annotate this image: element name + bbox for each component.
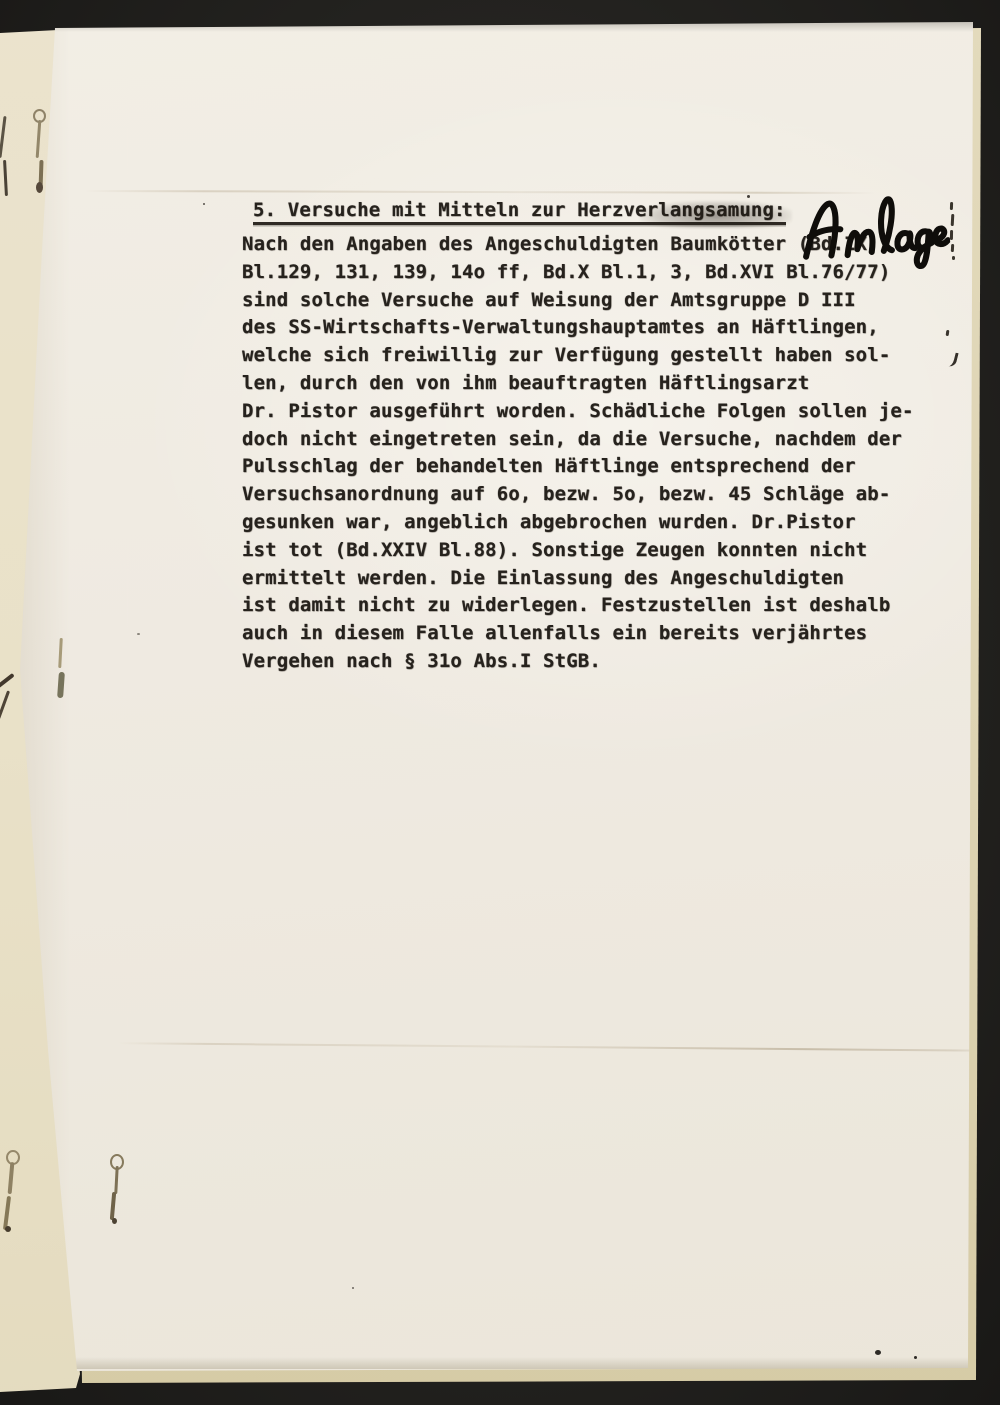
- typed-line: des SS-Wirtschafts-Verwaltungshauptamtes…: [242, 316, 932, 344]
- handwritten-annotation-text: Anlage: [0, 0, 1, 1]
- ink-speck: [352, 1287, 354, 1289]
- ink-speck: [137, 633, 140, 635]
- pencil-dash: [950, 202, 953, 210]
- typed-line: ermittelt werden. Die Einlassung des Ang…: [242, 567, 932, 595]
- typed-body: Nach den Angaben des Angeschuldigten Bau…: [242, 233, 932, 678]
- typed-line: auch in diesem Falle allenfalls ein bere…: [242, 622, 932, 650]
- typed-line: ist damit nicht zu widerlegen. Festzuste…: [242, 594, 932, 622]
- typed-line: Versuchsanordnung auf 6o, bezw. 5o, bezw…: [242, 483, 932, 511]
- ink-speck: [875, 1350, 881, 1355]
- photo-background: 5. Versuche mit Mitteln zur Herzverlangs…: [0, 0, 1000, 1405]
- pencil-dash: [951, 244, 954, 252]
- crease-line: [85, 190, 875, 194]
- typed-line: len, durch den von ihm beauftragten Häft…: [242, 372, 932, 400]
- typed-line: ist tot (Bd.XXIV Bl.88). Sonstige Zeugen…: [242, 539, 932, 567]
- typed-line: doch nicht eingetreten sein, da die Vers…: [242, 428, 932, 456]
- overstrike-smudge: [640, 201, 792, 228]
- pencil-dash: [952, 256, 955, 260]
- typed-line: gesunken war, angeblich abgebrochen wurd…: [242, 511, 932, 539]
- ink-speck: [914, 1356, 917, 1359]
- typed-line: welche sich freiwillig zur Verfügung ges…: [242, 344, 932, 372]
- page-bottom-edge-shadow: [0, 1357, 1000, 1369]
- page-top-edge-shadow: [0, 20, 1000, 32]
- typed-line: Vergehen nach § 31o Abs.I StGB.: [242, 650, 932, 678]
- ink-speck: [203, 203, 205, 205]
- typed-line: Dr. Pistor ausgeführt worden. Schädliche…: [242, 400, 932, 428]
- typed-line: sind solche Versuche auf Weisung der Amt…: [242, 289, 932, 317]
- handwritten-annotation: [794, 184, 953, 280]
- typed-line: Pulsschlag der behandelten Häftlinge ent…: [242, 455, 932, 483]
- crease-line: [118, 1042, 998, 1052]
- pencil-dash: [950, 230, 953, 240]
- ink-speck: [747, 195, 750, 198]
